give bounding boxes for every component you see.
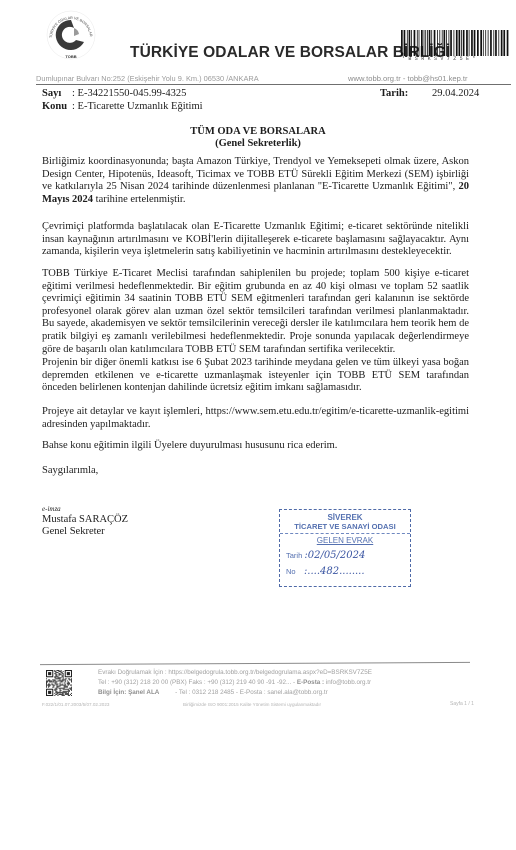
recipient-heading: TÜM ODA VE BORSALARA [0,126,516,137]
closing: Saygılarımla, [42,465,469,478]
sayi-value: : E-34221550-045.99-4325 [72,88,186,99]
paragraph-4: Projenin bir diğer önemli katkısı ise 6 … [42,357,469,395]
tel-fax-line: Tel : +90 (312) 218 20 00 (PBX) Faks : +… [98,679,371,686]
organization-address: Dumlupınar Bulvarı No:252 (Eskişehir Yol… [36,74,259,83]
recipient-subheading: (Genel Sekreterlik) [0,138,516,149]
signer-name: Mustafa SARAÇÖZ [42,514,128,525]
stamp-date-row: Tarih :02/05/2024 [286,550,365,561]
konu-label: Konu [42,101,72,112]
barcode-text: *BSRKSV7Z5E* [402,56,510,62]
paragraph-5-registration-link: Projeye ait detaylar ve kayıt işlemleri,… [42,406,469,431]
date-label: Tarih: [380,88,408,99]
stamp-date-label: Tarih [286,551,302,560]
e-signature-mark: e-imza [42,505,61,513]
header-divider [36,84,511,85]
signer-title: Genel Sekreter [42,526,105,537]
contact-person: Bilgi İçin: Şanel ALA [98,689,159,696]
verification-link: Evrakı Doğrulamak İçin : https://belgedo… [98,669,372,676]
document-barcode [400,30,510,56]
stamp-title: GELEN EVRAK [280,536,410,545]
konu-row: Konu: E-Ticarette Uzmanlık Eğitimi [42,101,203,112]
paragraph-3: TOBB Türkiye E-Ticaret Meclisi tarafında… [42,268,469,356]
incoming-document-stamp: SİVEREK TİCARET VE SANAYİ ODASI GELEN EV… [279,509,411,587]
sayi-row: Sayı: E-34221550-045.99-4325 [42,88,186,99]
iso-note: Birliğimizde ISO 9001:2015 Kalite Yöneti… [183,702,321,707]
qr-code-icon [46,670,72,696]
date-value: 29.04.2024 [432,88,479,99]
paragraph-1: Birliğimiz koordinasyonunda; başta Amazo… [42,156,469,206]
konu-value: : E-Ticarette Uzmanlık Eğitimi [72,101,203,112]
contact-person-line: Bilgi İçin: Şanel ALA - Tel : 0312 218 2… [98,689,328,696]
stamp-city: SİVEREK [280,513,410,522]
form-code: F.022/1/01.07.2003/5/07.02.2023 [42,702,109,707]
paragraph-2: Çevrimiçi platformda başlatılacak olan E… [42,221,469,259]
stamp-no-row: No :....482........ [286,566,365,577]
web-contact: www.tobb.org.tr - tobb@hs01.kep.tr [348,74,468,83]
footer-divider [40,662,470,665]
stamp-no-label: No [286,567,296,576]
paragraph-6: Bahse konu eğitimin ilgili Üyelere duyur… [42,440,469,453]
sayi-label: Sayı [42,88,72,99]
stamp-no-value: :....482........ [304,566,365,577]
svg-text:TOBB: TOBB [65,54,76,59]
page-number: Sayfa 1 / 1 [450,701,474,707]
stamp-date-value: :02/05/2024 [304,550,365,561]
stamp-chamber: TİCARET VE SANAYİ ODASI [280,522,410,531]
tobb-logo: TOBB TÜRKİYE ODALAR VE BORSALAR BİRLİĞİ [46,10,96,60]
